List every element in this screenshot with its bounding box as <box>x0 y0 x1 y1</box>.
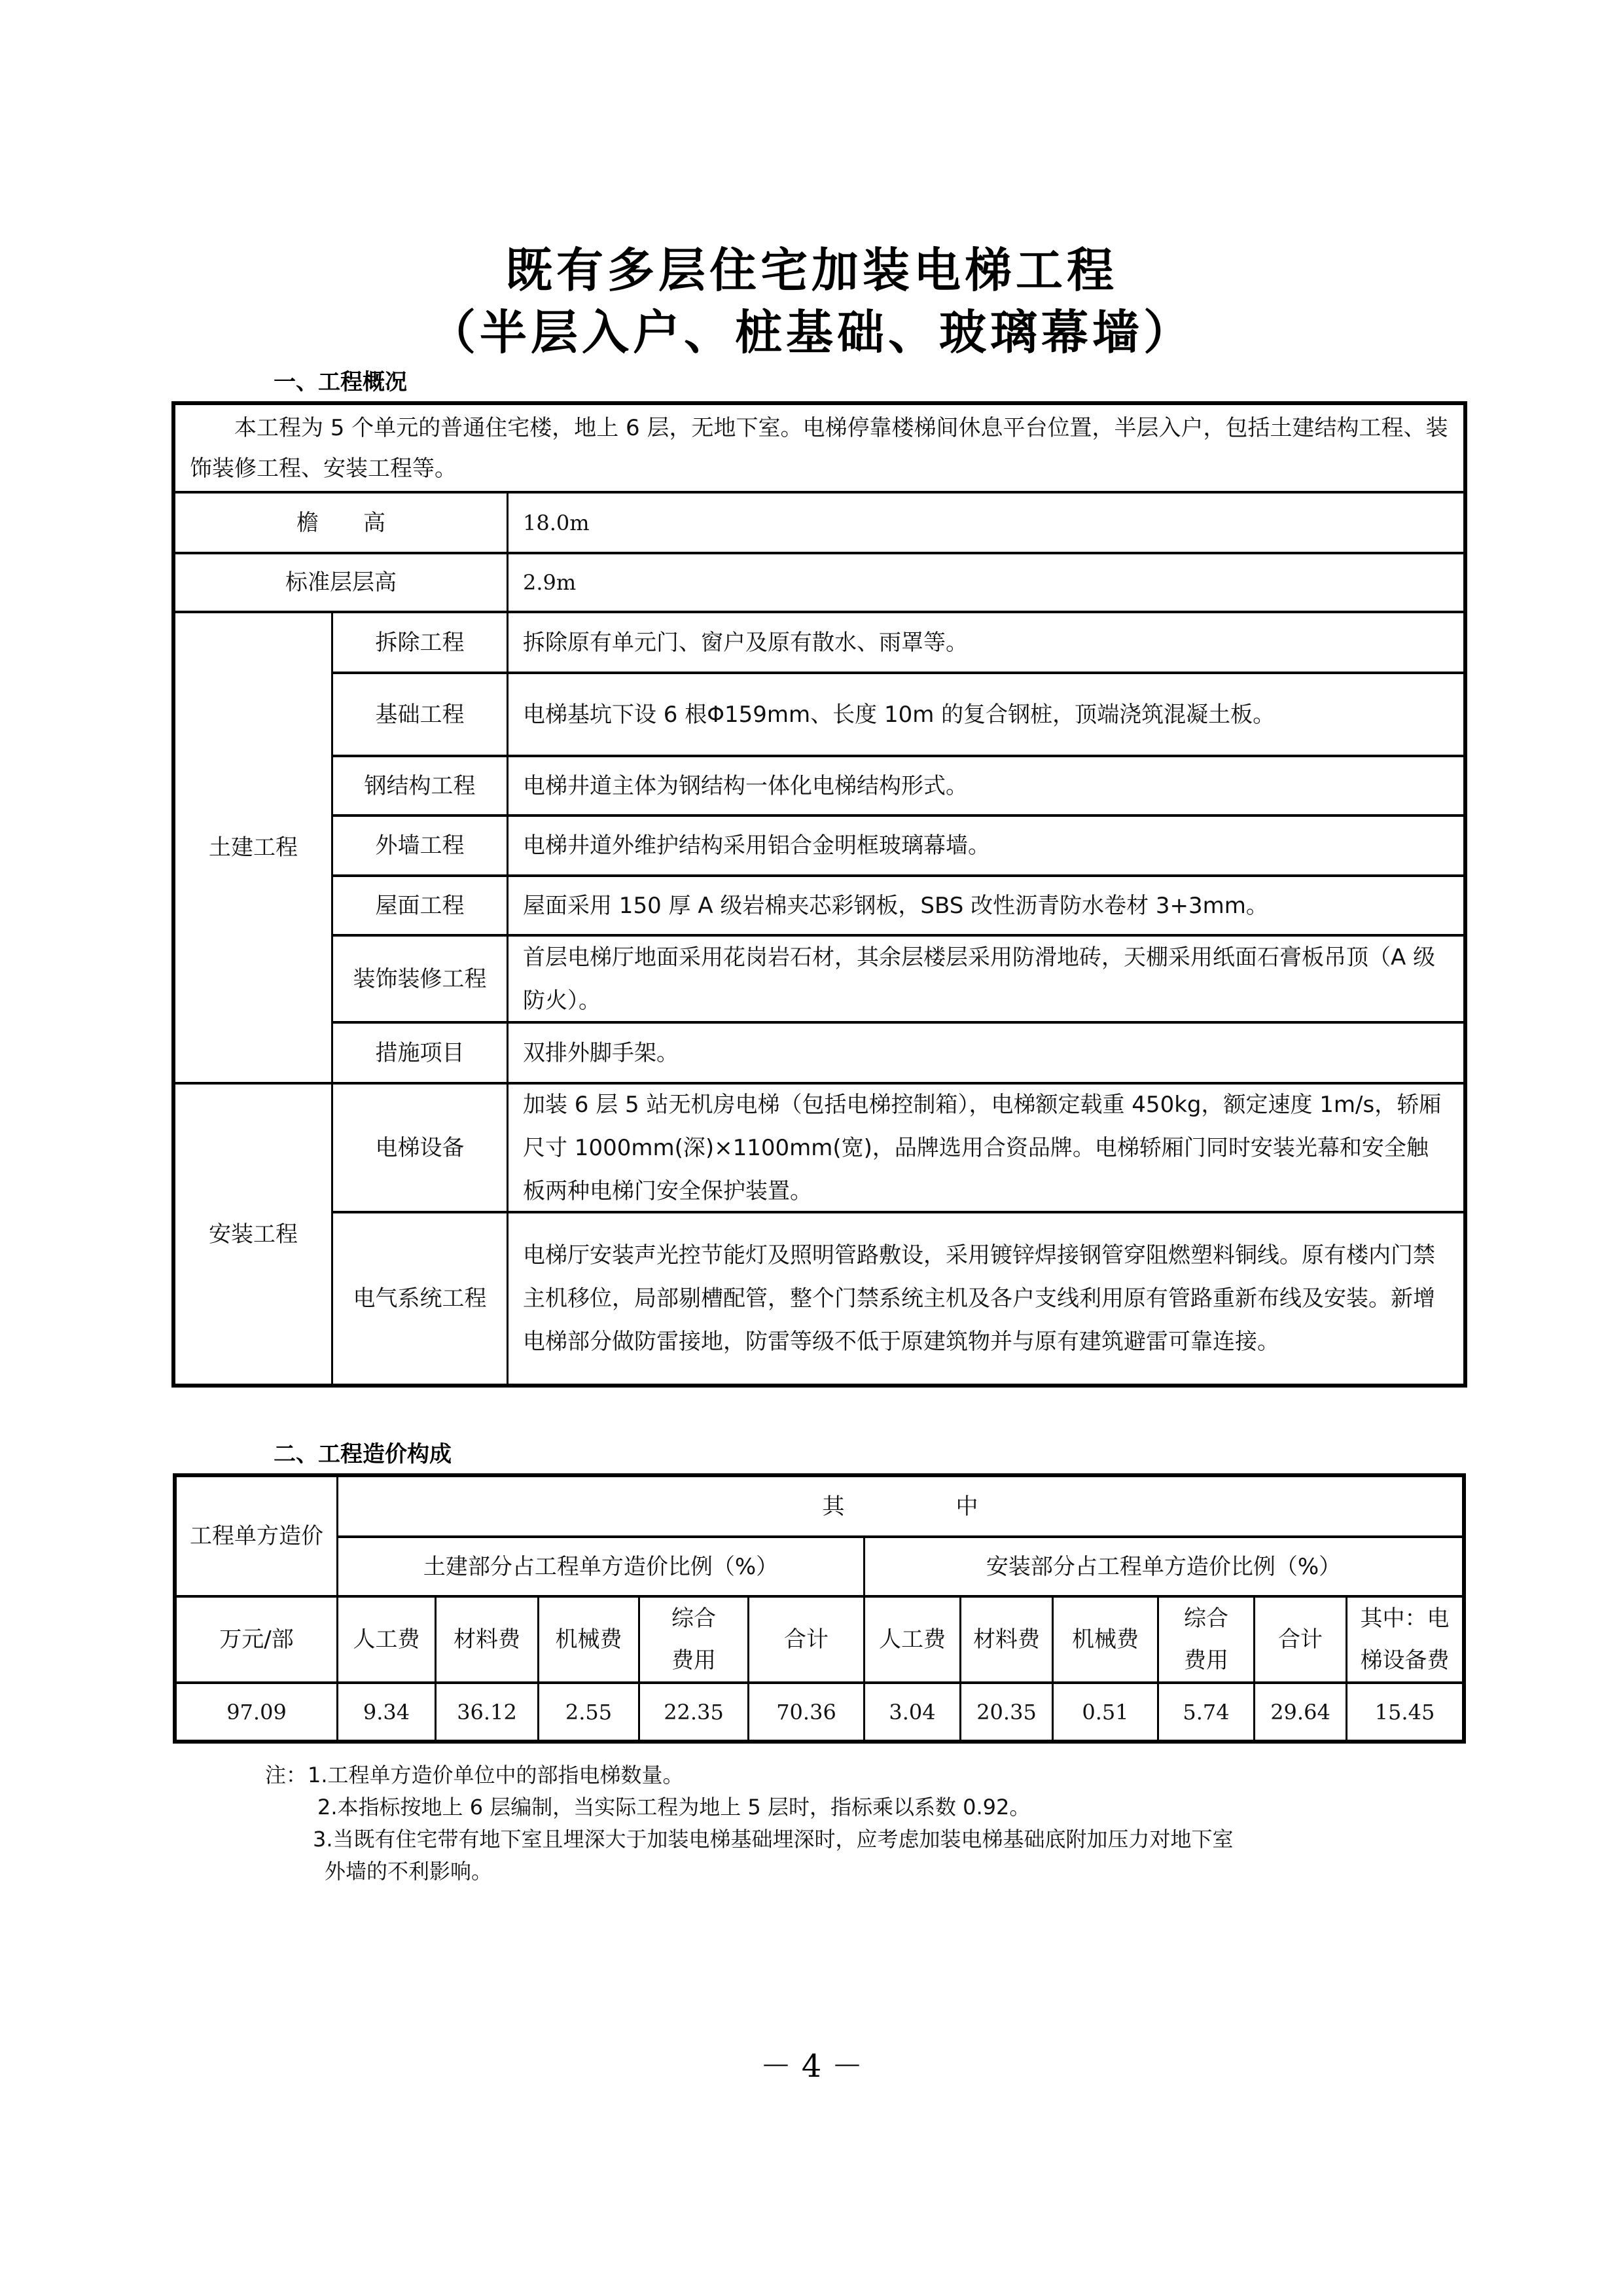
civil-item-label: 屋面工程 <box>333 877 507 934</box>
page-number: － 4 － <box>0 2041 1623 2086</box>
header-install-labor: 人工费 <box>865 1598 959 1681</box>
header-install-group: 安装部分占工程单方造价比例（%） <box>865 1538 1462 1595</box>
value-civil-machinery: 2.55 <box>539 1684 638 1740</box>
header-of-which: 其 中 <box>338 1477 1462 1535</box>
value-install-total: 29.64 <box>1255 1684 1346 1740</box>
value-civil-material: 36.12 <box>437 1684 537 1740</box>
value-floor-height: 2.9m <box>508 554 1463 611</box>
header-unit: 万元/部 <box>177 1598 336 1681</box>
civil-item-label: 装饰装修工程 <box>333 937 507 1021</box>
header-civil-labor: 人工费 <box>338 1598 435 1681</box>
label-floor-height: 标准层层高 <box>175 554 507 611</box>
header-civil-group: 土建部分占工程单方造价比例（%） <box>338 1538 863 1595</box>
header-install-machinery: 机械费 <box>1054 1598 1157 1681</box>
value-unit-price: 97.09 <box>177 1684 336 1740</box>
value-civil-total: 70.36 <box>749 1684 863 1740</box>
section-heading-overview: 一、工程概况 <box>274 364 407 396</box>
header-civil-material: 材料费 <box>437 1598 537 1681</box>
project-intro: 本工程为 5 个单元的普通住宅楼，地上 6 层，无地下室。电梯停靠楼梯间休息平台… <box>175 405 1463 491</box>
civil-item-value: 电梯基坑下设 6 根Φ159mm、长度 10m 的复合钢桩，顶端浇筑混凝土板。 <box>508 674 1463 755</box>
note-item: 1.工程单方造价单位中的部指电梯数量。 <box>308 1759 684 1791</box>
note-item: 3.当既有住宅带有地下室且埋深大于加装电梯基础埋深时，应考虑加装电梯基础底附加压… <box>313 1823 1234 1855</box>
header-elevator-equipment: 其中：电梯设备费 <box>1347 1598 1462 1681</box>
civil-item-label: 外墙工程 <box>333 817 507 874</box>
install-item-value: 电梯厅安装声光控节能灯及照明管路敷设，采用镀锌焊接钢管穿阻燃塑料铜线。原有楼内门… <box>508 1213 1463 1384</box>
install-item-label: 电气系统工程 <box>333 1213 507 1384</box>
header-unit-price: 工程单方造价 <box>177 1477 336 1595</box>
group-install-label: 安装工程 <box>175 1085 331 1384</box>
notes-prefix: 注： <box>265 1759 307 1791</box>
header-civil-overhead: 综合费用 <box>640 1598 747 1681</box>
civil-item-value: 屋面采用 150 厚 A 级岩棉夹芯彩钢板，SBS 改性沥青防水卷材 3+3mm… <box>508 877 1463 934</box>
civil-item-label: 基础工程 <box>333 674 507 755</box>
value-install-material: 20.35 <box>961 1684 1052 1740</box>
install-item-label: 电梯设备 <box>333 1085 507 1211</box>
group-civil-label: 土建工程 <box>175 613 331 1082</box>
value-civil-overhead: 22.35 <box>640 1684 747 1740</box>
cost-composition-table: 工程单方造价 其 中 土建部分占工程单方造价比例（%） 安装部分占工程单方造价比… <box>173 1473 1466 1744</box>
civil-item-label: 措施项目 <box>333 1024 507 1082</box>
project-overview-table: 本工程为 5 个单元的普通住宅楼，地上 6 层，无地下室。电梯停靠楼梯间休息平台… <box>171 401 1467 1388</box>
header-install-total: 合计 <box>1255 1598 1346 1681</box>
civil-item-label: 拆除工程 <box>333 613 507 672</box>
note-item: 外墙的不利影响。 <box>325 1856 492 1887</box>
note-item: 2.本指标按地上 6 层编制，当实际工程为地上 5 层时，指标乘以系数 0.92… <box>317 1791 1030 1823</box>
civil-item-label: 钢结构工程 <box>333 757 507 814</box>
value-install-overhead: 5.74 <box>1159 1684 1253 1740</box>
civil-item-value: 拆除原有单元门、窗户及原有散水、雨罩等。 <box>508 613 1463 672</box>
value-install-machinery: 0.51 <box>1054 1684 1157 1740</box>
civil-item-value: 首层电梯厅地面采用花岗岩石材，其余层楼层采用防滑地砖，天棚采用纸面石膏板吊顶（A… <box>508 937 1463 1021</box>
civil-item-value: 电梯井道主体为钢结构一体化电梯结构形式。 <box>508 757 1463 814</box>
header-install-overhead: 综合费用 <box>1159 1598 1253 1681</box>
civil-item-value: 电梯井道外维护结构采用铝合金明框玻璃幕墙。 <box>508 817 1463 874</box>
install-item-value: 加装 6 层 5 站无机房电梯（包括电梯控制箱），电梯额定载重 450kg，额定… <box>508 1085 1463 1211</box>
header-civil-total: 合计 <box>749 1598 863 1681</box>
document-title-line2: （半层入户、桩基础、玻璃幕墙） <box>0 295 1623 363</box>
document-title-line1: 既有多层住宅加装电梯工程 <box>0 232 1623 300</box>
section-heading-cost: 二、工程造价构成 <box>274 1436 452 1468</box>
label-eave-height: 檐 高 <box>175 493 507 552</box>
value-elevator-equipment: 15.45 <box>1347 1684 1462 1740</box>
value-civil-labor: 9.34 <box>338 1684 435 1740</box>
value-install-labor: 3.04 <box>865 1684 959 1740</box>
civil-item-value: 双排外脚手架。 <box>508 1024 1463 1082</box>
header-civil-machinery: 机械费 <box>539 1598 638 1681</box>
value-eave-height: 18.0m <box>508 493 1463 552</box>
header-install-material: 材料费 <box>961 1598 1052 1681</box>
